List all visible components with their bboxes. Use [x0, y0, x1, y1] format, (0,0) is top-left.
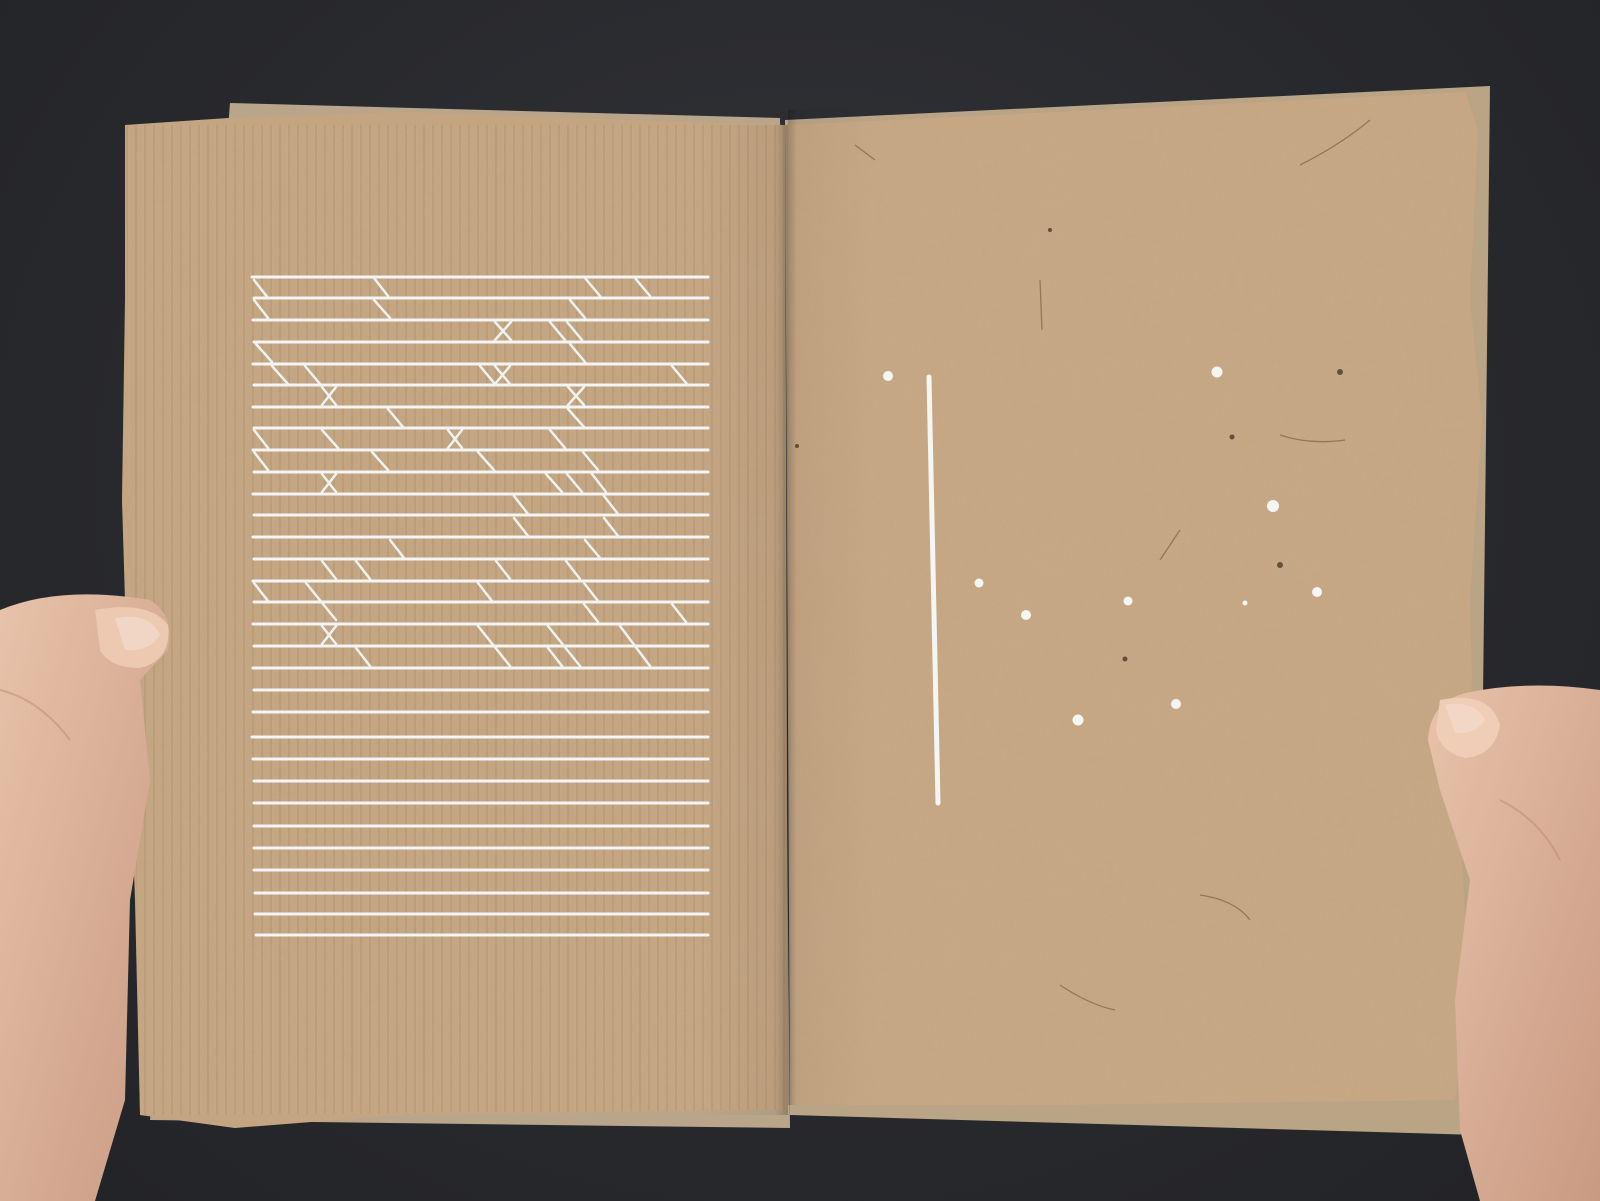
photo-scene: Open handmade-paper artist's book held b…: [0, 0, 1600, 1201]
open-book: [0, 0, 1600, 1201]
left-page: [122, 112, 788, 1128]
right-page: [788, 92, 1482, 1105]
